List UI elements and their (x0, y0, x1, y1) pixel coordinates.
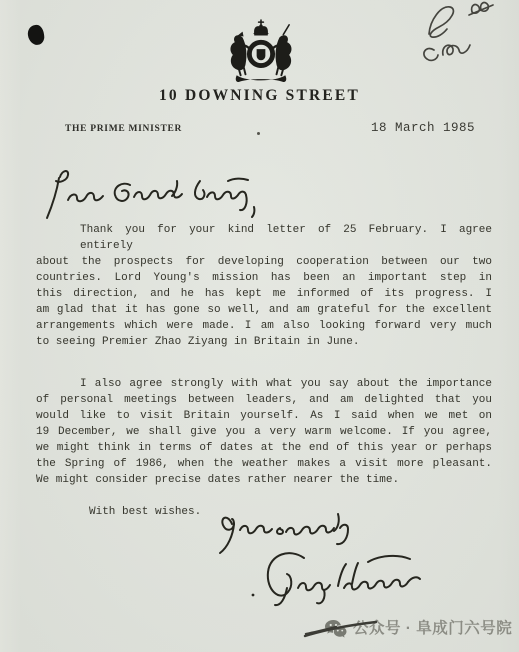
letter-body: Thank you for your kind letter of 25 Feb… (36, 222, 492, 520)
body-line: am glad that it has gone so well, and am… (36, 302, 492, 318)
royal-coat-of-arms-icon (229, 19, 293, 85)
paragraph-2: I also agree strongly with what you say … (36, 376, 492, 488)
handwritten-initials-annotation (415, 0, 519, 66)
salutation-handwriting (44, 168, 279, 222)
signature-handwriting (240, 548, 440, 614)
letterhead-address: 10 DOWNING STREET (0, 87, 519, 105)
letter-page: 10 DOWNING STREET THE PRIME MINISTER 18 … (0, 0, 519, 652)
body-line: 19 December, we shall give you a very wa… (36, 424, 492, 440)
letter-date: 18 March 1985 (371, 121, 475, 135)
sender-title: THE PRIME MINISTER (65, 124, 182, 134)
body-line: we might think in terms of dates at the … (36, 440, 492, 456)
body-line: We might consider precise dates rather n… (36, 472, 492, 488)
pen-strike-mark (302, 615, 380, 641)
body-line: arrangements which were made. I am also … (36, 318, 492, 334)
body-line: the Spring of 1986, when the weather mak… (36, 456, 492, 472)
body-line: this direction, and he has kept me infor… (36, 286, 492, 302)
body-line: would like to visit Britain yourself. As… (36, 408, 492, 424)
body-line: I also agree strongly with what you say … (36, 376, 492, 392)
body-line: to seeing Premier Zhao Ziyang in Britain… (36, 334, 492, 350)
body-line: Thank you for your kind letter of 25 Feb… (36, 222, 492, 254)
paper-speck (257, 132, 260, 135)
paragraph-1: Thank you for your kind letter of 25 Feb… (36, 222, 492, 350)
body-line: about the prospects for developing coope… (36, 254, 492, 270)
body-line: of personal meetings between leaders, an… (36, 392, 492, 408)
ink-blot-mark (27, 24, 46, 46)
body-line: countries. Lord Young's mission has been… (36, 270, 492, 286)
